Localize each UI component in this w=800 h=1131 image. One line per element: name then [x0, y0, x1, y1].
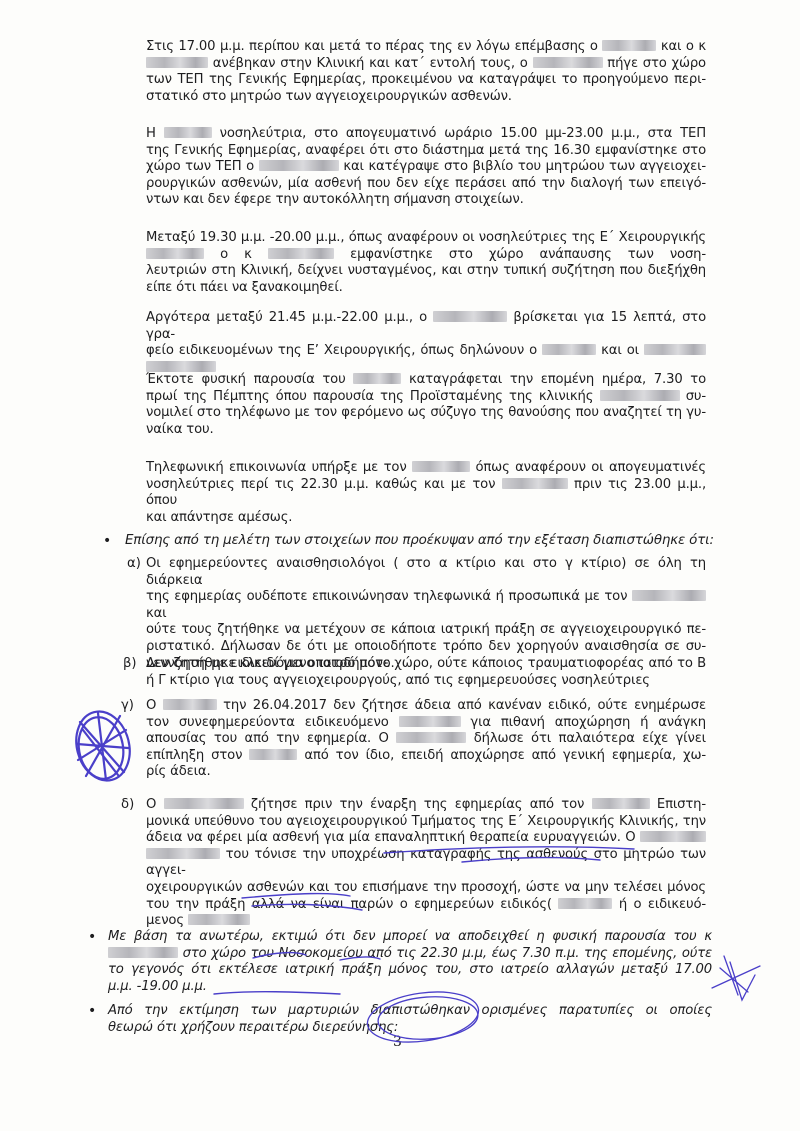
redacted-name	[600, 390, 680, 401]
text-line: το γεγονός ότι εκτέλεσε ιατρική πράξη μό…	[108, 962, 712, 979]
text-line: μενος	[146, 913, 706, 930]
text-line: ανέβηκαν στην Κλινική και κατ΄ εντολή το…	[146, 56, 706, 73]
text-line: Με βάση τα ανωτέρω, εκτιμώ ότι δεν μπορε…	[108, 929, 712, 946]
bullet-marker: •	[88, 929, 96, 945]
redacted-name	[396, 732, 466, 743]
text-line: Τηλεφωνική επικοινωνία υπήρξε με τον όπω…	[146, 460, 706, 477]
redacted-name	[188, 914, 250, 925]
text-line: Αργότερα μεταξύ 21.45 μ.μ.-22.00 μ.μ., ο…	[146, 310, 706, 343]
text-line: στατικό στο μητρώο των αγγειοχειρουργικώ…	[146, 89, 706, 106]
redacted-name	[542, 344, 596, 355]
redacted-name	[533, 57, 603, 68]
text-line: Μεταξύ 19.30 μ.μ. -20.00 μ.μ., όπως αναφ…	[146, 230, 706, 247]
text-line: του τόνισε την υποχρέωση καταγραφής της …	[146, 847, 706, 880]
text-line: της εφημερίας ουδέποτε επικοινώνησαν τηλ…	[146, 589, 706, 622]
conclusion: Με βάση τα ανωτέρω, εκτιμώ ότι δεν μπορε…	[108, 929, 712, 995]
text-line: και απάντησε αμέσως.	[146, 510, 706, 527]
item-label: δ)	[121, 797, 134, 812]
findings-intro: Επίσης από τη μελέτη των στοιχείων που π…	[125, 533, 715, 550]
text-line: του την πράξη αλλά να είναι παρών ο εφημ…	[146, 897, 706, 914]
paragraph: Αργότερα μεταξύ 21.45 μ.μ.-22.00 μ.μ., ο…	[146, 310, 706, 376]
document-page: Στις 17.00 μ.μ. περίπου και μετά το πέρα…	[0, 0, 800, 1131]
redacted-name	[399, 716, 461, 727]
item-label: α)	[127, 556, 141, 571]
text-line: Από την εκτίμηση των μαρτυριών διαπιστώθ…	[108, 1003, 712, 1020]
finding-item: Οι εφημερεύοντες αναισθησιολόγοι ( στο α…	[146, 556, 706, 672]
redacted-name	[146, 248, 204, 259]
finding-item: Δεν ζητήθηκε κλειδί για οποιοδήποτε χώρο…	[146, 656, 706, 689]
text-line: οχειρουργικών ασθενών και του επισήμανε …	[146, 880, 706, 897]
redacted-name	[164, 798, 244, 809]
text-line: ριστατικό. Δήλωσαν δε ότι με οποιοδήποτε…	[146, 639, 706, 656]
ink-signature-icon	[712, 956, 760, 1000]
redacted-name	[259, 160, 339, 171]
redacted-name	[602, 40, 656, 51]
text-line: των ΤΕΠ της Γενικής Εφημερίας, προκειμέν…	[146, 72, 706, 89]
paragraph: Στις 17.00 μ.μ. περίπου και μετά το πέρα…	[146, 39, 706, 105]
redacted-name	[592, 798, 650, 809]
finding-item: Ο την 26.04.2017 δεν ζήτησε άδεια από κα…	[146, 698, 706, 781]
redacted-name	[108, 947, 178, 958]
text-line: επίπληξη στον από τον ίδιο, επειδή αποχώ…	[146, 748, 706, 765]
redacted-name	[640, 831, 706, 842]
redacted-name	[146, 57, 208, 68]
redacted-name	[558, 898, 612, 909]
ink-scribble-icon	[69, 705, 137, 786]
text-line: της Γενικής Εφημερίας, αναφέρει ότι στο …	[146, 143, 706, 160]
text-line: απουσίας του από την εφημερία. Ο δήλωσε …	[146, 731, 706, 748]
finding-item: Ο ζήτησε πριν την έναρξη της εφημερίας α…	[146, 797, 706, 930]
redacted-name	[412, 461, 470, 472]
text-line: Στις 17.00 μ.μ. περίπου και μετά το πέρα…	[146, 39, 706, 56]
bullet-marker: •	[88, 1003, 96, 1019]
text-line: λευτριών στη Κλινική, δείχνει νυσταγμένο…	[146, 263, 706, 280]
text-line: είπε ότι πάει να ξανακοιμηθεί.	[146, 280, 706, 297]
text-line: χώρο των ΤΕΠ ο και κατέγραψε στο βιβλίο …	[146, 159, 706, 176]
text-line: ή Γ κτίριο για τους αγγειοχειρουργούς, α…	[146, 673, 706, 690]
redacted-name	[146, 361, 216, 372]
text-line: μονικά υπεύθυνο του αγειοχειρουργικού Τμ…	[146, 814, 706, 831]
text-line: πρωί της Πέμπτης όπου παρουσία της Προϊσ…	[146, 389, 706, 406]
text-line: νοσηλεύτριες περί τις 22.30 μ.μ. καθώς κ…	[146, 477, 706, 510]
text-line: Έκτοτε φυσική παρουσία του καταγράφεται …	[146, 372, 706, 389]
text-line: Οι εφημερεύοντες αναισθησιολόγοι ( στο α…	[146, 556, 706, 589]
paragraph: Η νοσηλεύτρια, στο απογευματινό ωράριο 1…	[146, 126, 706, 209]
text-line: Δεν ζητήθηκε κλειδί για οποιοδήποτε χώρο…	[146, 656, 706, 673]
text-line: νομιλεί στο τηλέφωνο με τον φερόμενο ως …	[146, 405, 706, 422]
paragraph: Τηλεφωνική επικοινωνία υπήρξε με τον όπω…	[146, 460, 706, 526]
paragraph: Μεταξύ 19.30 μ.μ. -20.00 μ.μ., όπως αναφ…	[146, 230, 706, 296]
text-line: τον συνεφημερεύοντα ειδικευόμενο για πιθ…	[146, 715, 706, 732]
redacted-name	[249, 749, 297, 760]
redacted-name	[353, 373, 401, 384]
text-line: μ.μ. -19.00 μ.μ.	[108, 979, 712, 996]
text-line: Ο ζήτησε πριν την έναρξη της εφημερίας α…	[146, 797, 706, 814]
item-label: γ)	[121, 698, 134, 713]
redacted-name	[632, 590, 706, 601]
text-line: Η νοσηλεύτρια, στο απογευματινό ωράριο 1…	[146, 126, 706, 143]
page-number: 3	[393, 1034, 402, 1050]
redacted-name	[146, 848, 220, 859]
text-line: θεωρώ ότι χρήζουν περαιτέρω διερεύνησης:	[108, 1020, 712, 1037]
item-label: β)	[123, 656, 137, 671]
bullet-marker: •	[103, 533, 111, 549]
text-line: στο χώρο του Νοσοκομείου από τις 22.30 μ…	[108, 946, 712, 963]
redacted-name	[433, 311, 507, 322]
text-line: ρίς άδεια.	[146, 764, 706, 781]
text-line: ούτε τους ζητήθηκε να μετέχουν σε κάποια…	[146, 622, 706, 639]
text-line: ρουργικών ασθενών, μία ασθενή που δεν εί…	[146, 176, 706, 193]
text-line: Ο την 26.04.2017 δεν ζήτησε άδεια από κα…	[146, 698, 706, 715]
redacted-name	[268, 248, 334, 259]
paragraph: Έκτοτε φυσική παρουσία του καταγράφεται …	[146, 372, 706, 438]
redacted-name	[502, 478, 568, 489]
conclusion: Από την εκτίμηση των μαρτυριών διαπιστώθ…	[108, 1003, 712, 1036]
text-line: ντων και δεν έφερε την αυτοκόλλητη σήμαν…	[146, 192, 706, 209]
redacted-name	[164, 127, 212, 138]
text-line: ναίκα του.	[146, 422, 706, 439]
text-line: ο κ εμφανίστηκε στο χώρο ανάπαυσης των ν…	[146, 247, 706, 264]
text-line: φείο ειδικευομένων της Ε’ Χειρουργικής, …	[146, 343, 706, 360]
redacted-name	[163, 699, 217, 710]
redacted-name	[644, 344, 706, 355]
text-line: άδεια να φέρει μία ασθενή για μία επαναλ…	[146, 830, 706, 847]
